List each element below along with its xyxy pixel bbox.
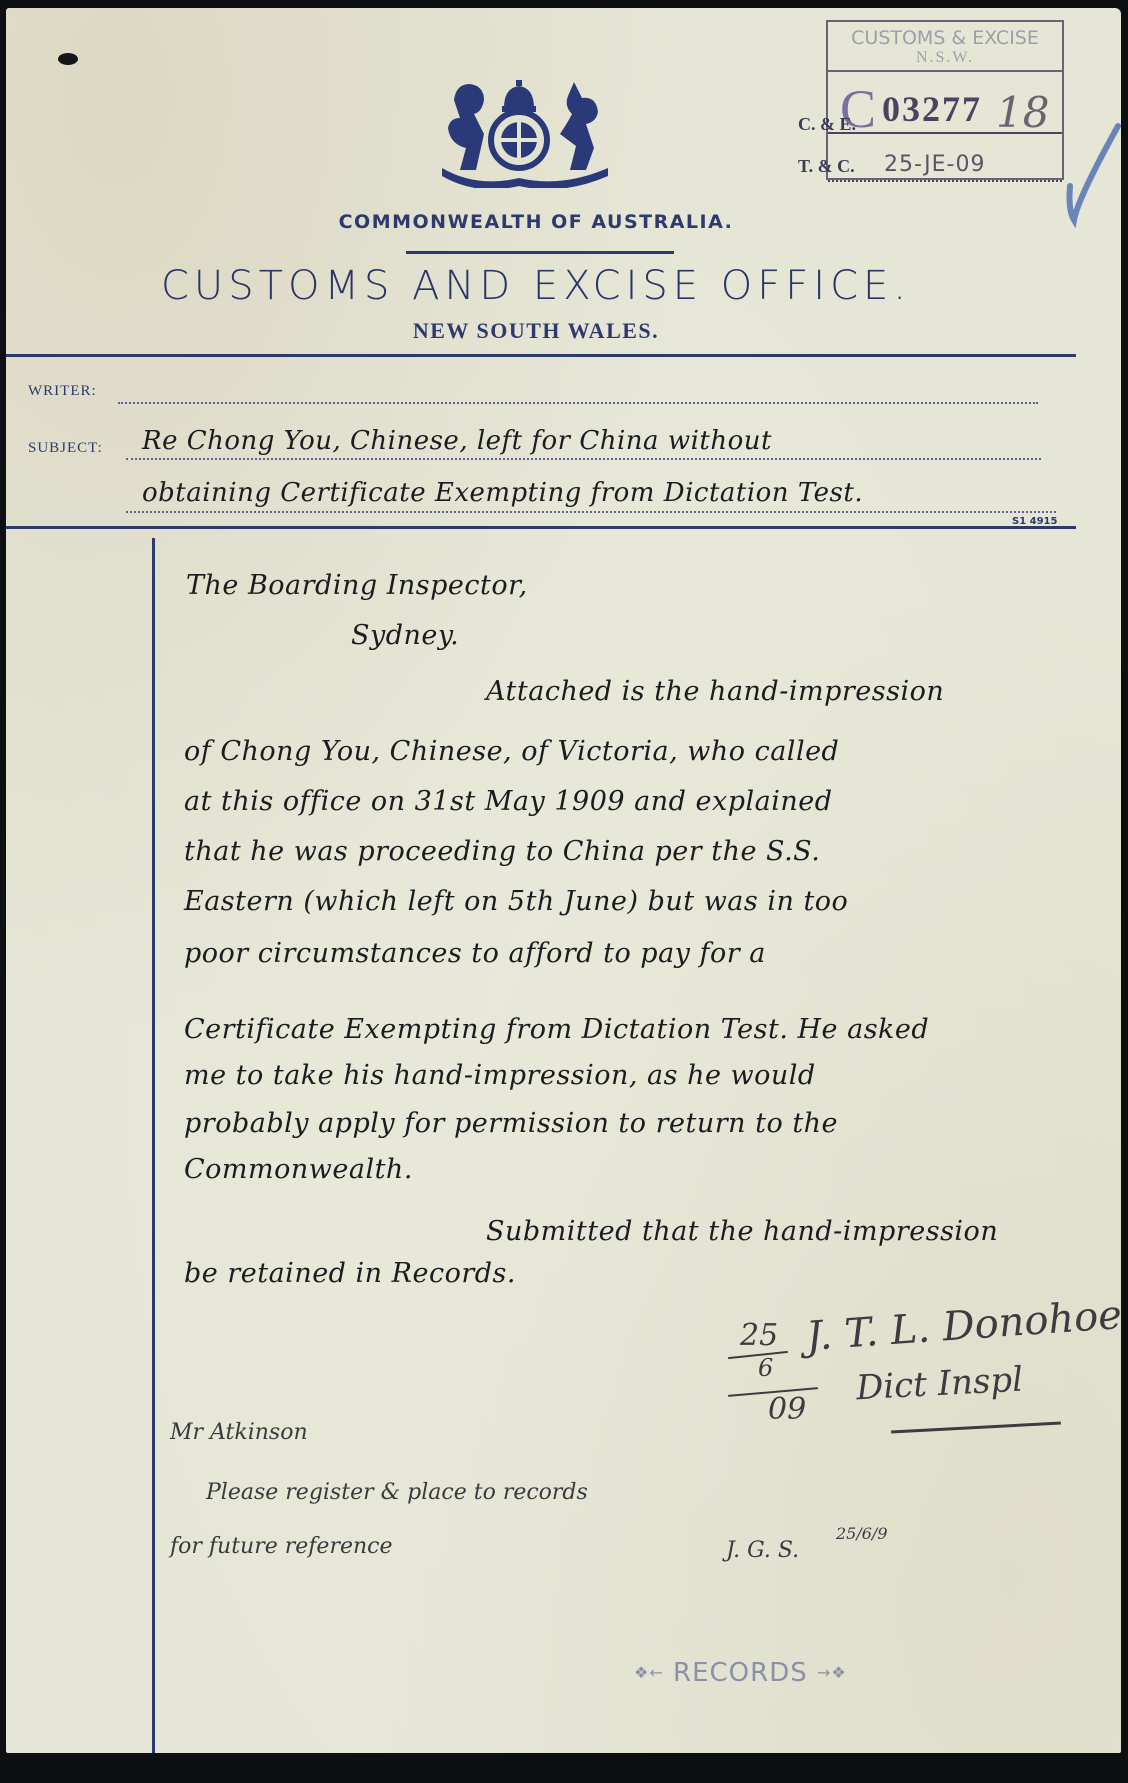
signature-underline [891,1422,1061,1434]
body-line: of Chong You, Chinese, of Victoria, who … [184,736,839,767]
margin-rule [152,538,155,1753]
records-stamp-label: RECORDS [673,1658,808,1688]
submission-line-2: be retained in Records. [184,1258,516,1289]
punch-hole [58,53,78,65]
minute-line-1: Please register & place to records [206,1480,588,1505]
org-office-title: CUSTOMS AND EXCISE OFFICE. [6,263,1066,309]
stamp-header-line1: CUSTOMS & EXCISE [828,28,1062,48]
subject-field-line-1 [126,458,1041,460]
stamp-ce-label: C. & E. [798,114,856,135]
signature-title: Dict Inspl [855,1360,1024,1409]
subject-field-line-2 [126,511,1056,513]
subject-line-1: Re Chong You, Chinese, left for China wi… [142,426,772,456]
stamp-tc-label: T. & C. [798,156,855,177]
subject-label: SUBJECT: [28,440,103,457]
subject-rule [6,526,1076,529]
coat-of-arms-icon [436,78,616,188]
writer-label: WRITER: [28,383,97,400]
header-rule [6,354,1076,357]
ornament-left-icon: ❖← [634,1663,664,1682]
stamp-date: 25-JE-09 [884,152,985,177]
stamp-annotation: 18 [996,88,1049,137]
letterhead-divider [406,251,674,254]
stamp-bottom-rule [828,180,1062,182]
body-line: Certificate Exempting from Dictation Tes… [184,1014,929,1045]
body-line: me to take his hand-impression, as he wo… [184,1060,816,1091]
ornament-right-icon: →❖ [817,1663,847,1682]
addressee-line-1: The Boarding Inspector, [186,570,528,601]
body-line: poor circumstances to afford to pay for … [184,938,766,969]
body-line: at this office on 31st May 1909 and expl… [184,786,833,817]
minute-initials: J. G. S. [726,1538,799,1563]
stamp-number-value: 03277 [882,89,982,129]
submission-line-1: Submitted that the hand-impression [486,1216,998,1247]
stamp-header-line2: N.S.W. [828,48,1062,68]
signature-date-year: 09 [768,1392,806,1427]
body-line: Commonwealth. [184,1154,413,1185]
body-line: probably apply for permission to return … [184,1108,838,1139]
stamp-header: CUSTOMS & EXCISE N.S.W. [828,22,1062,72]
document-page: CUSTOMS & EXCISE N.S.W. C03277 25-JE-09 … [6,8,1121,1753]
minute-date: 25/6/9 [836,1524,888,1543]
body-line: that he was proceeding to China per the … [184,836,820,867]
stamp-number: C03277 [840,78,982,140]
signature-name: J. T. L. Donohoe [805,1292,1124,1360]
body-line: Eastern (which left on 5th June) but was… [184,886,848,917]
signature-date-day: 25 [740,1318,778,1353]
signature-date-month: 6 [758,1354,773,1382]
addressee-line-2: Sydney. [351,620,459,651]
writer-field-line [118,402,1038,404]
minute-addressee: Mr Atkinson [170,1420,308,1445]
blue-pencil-check-icon [1064,118,1124,228]
records-stamp: ❖← RECORDS →❖ [634,1658,847,1688]
body-line: Attached is the hand-impression [486,676,944,707]
minute-line-2: for future reference [170,1534,393,1559]
org-state: NEW SOUTH WALES. [6,318,1066,344]
org-commonwealth: COMMONWEALTH OF AUSTRALIA. [6,211,1066,233]
subject-line-2: obtaining Certificate Exempting from Dic… [142,478,863,508]
